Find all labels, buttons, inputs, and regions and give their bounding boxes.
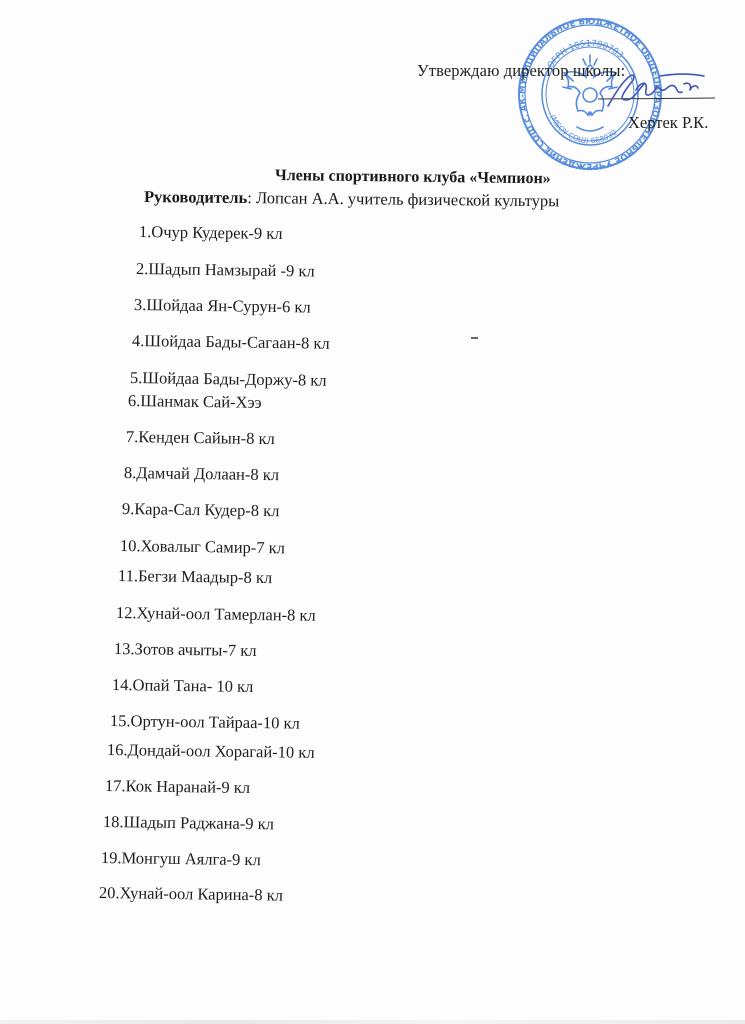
director-name: Хертек Р.К. <box>628 113 708 133</box>
member-item: 16.Дондай-оол Хорагай-10 кл <box>107 740 315 763</box>
member-item: 4.Шойдаа Бады-Сагаан-8 кл <box>132 331 330 354</box>
member-item: 15.Ортун-оол Тайраа-10 кл <box>110 711 300 734</box>
member-item: 17.Кок Наранай-9 кл <box>105 776 250 798</box>
member-item: 6.Шанмак Сай-Хээ <box>128 391 262 413</box>
stray-mark <box>471 337 478 339</box>
member-item: 5.Шойдаа Бады-Доржу-8 кл <box>130 368 327 391</box>
leader-label: Руководитель <box>144 187 247 207</box>
document-page: МУНИЦИПАЛЬНОЕ БЮДЖЕТНОЕ ОБЩЕОБРАЗОВАТЕЛЬ… <box>0 0 745 1024</box>
member-item: 18.Шадып Раджана-9 кл <box>103 812 274 834</box>
member-item: 8.Дамчай Долаан-8 кл <box>124 463 279 485</box>
member-item: 19.Монгуш Аялга-9 кл <box>101 848 261 870</box>
member-item: 13.Зотов ачыты-7 кл <box>114 639 257 661</box>
scan-edge <box>0 1020 745 1024</box>
member-item: 2.Шадып Намзырай -9 кл <box>136 259 315 281</box>
member-item: 9.Кара-Сал Кудер-8 кл <box>122 499 280 521</box>
club-leader: Руководитель: Лопсан А.А. учитель физиче… <box>144 187 559 211</box>
document-title: Члены спортивного клуба «Чемпион» <box>275 167 551 188</box>
member-item: 10.Ховалыг Самир-7 кл <box>120 536 285 558</box>
member-item: 7.Кенден Сайын-8 кл <box>126 427 275 449</box>
leader-value: : Лопсан А.А. учитель физической культур… <box>247 188 559 210</box>
member-item: 20.Хунай-оол Карина-8 кл <box>99 883 283 906</box>
member-item: 1.Очур Кудерек-9 кл <box>139 222 283 244</box>
member-item: 11.Бегзи Маадыр-8 кл <box>118 566 272 588</box>
approval-text: Утверждаю директор школы: <box>417 61 625 81</box>
signature-icon <box>600 70 710 110</box>
member-item: 14.Опай Тана- 10 кл <box>112 675 254 697</box>
member-item: 3.Шойдаа Ян-Сурун-6 кл <box>134 295 311 317</box>
member-item: 12.Хунай-оол Тамерлан-8 кл <box>116 603 316 626</box>
